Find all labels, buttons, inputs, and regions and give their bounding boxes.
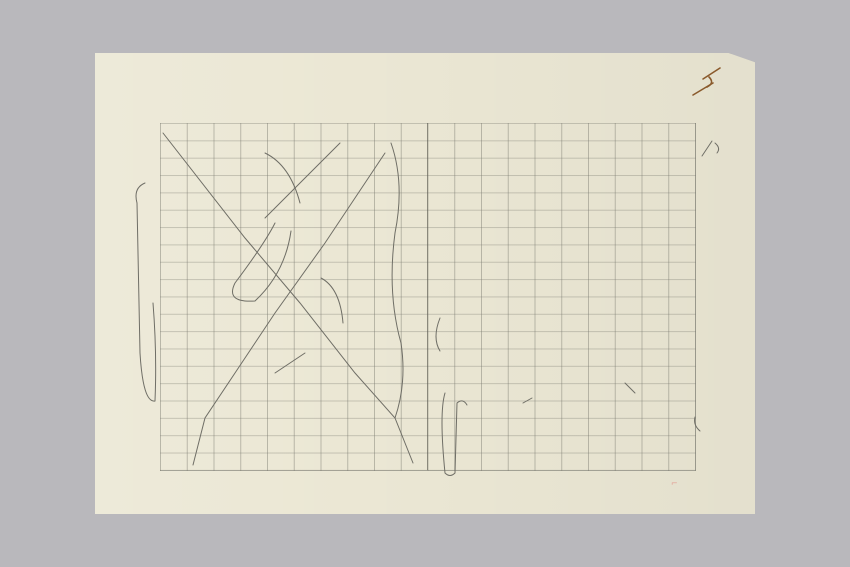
calibration-gray-ramp [39,110,51,464]
calibration-swatches-saturated [29,110,39,464]
pencil-strike-marks [95,53,755,514]
color-calibration-strip [17,110,53,464]
red-corner-tick: ⌐ [671,479,678,488]
manuscript-page: ⌐ [95,53,755,514]
